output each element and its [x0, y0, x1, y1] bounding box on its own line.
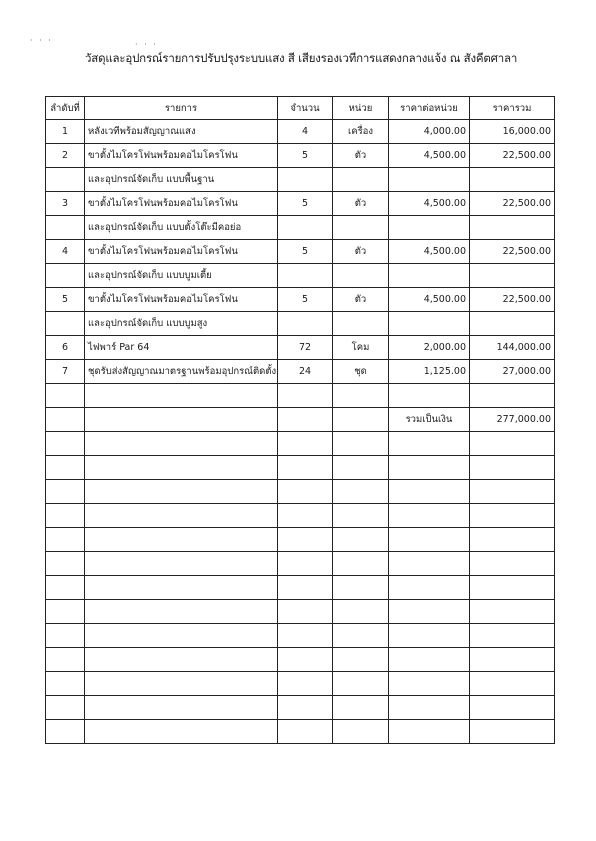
row-number: 6 — [46, 336, 85, 360]
header-no: ลำดับที่ — [46, 97, 85, 120]
row-total — [470, 528, 555, 552]
row-number — [46, 552, 85, 576]
table-row-empty — [46, 648, 555, 672]
row-item — [85, 720, 278, 744]
row-total: 22,500.00 — [470, 144, 555, 168]
row-total — [470, 216, 555, 240]
table-row-empty — [46, 480, 555, 504]
row-unit: ตัว — [333, 144, 389, 168]
row-number — [46, 384, 85, 408]
row-number: 7 — [46, 360, 85, 384]
row-item — [85, 480, 278, 504]
row-total — [470, 696, 555, 720]
row-unit — [333, 624, 389, 648]
row-qty — [278, 168, 333, 192]
row-item — [85, 576, 278, 600]
row-unit-price — [389, 432, 470, 456]
table-row: 6ไฟพาร์ Par 6472โคม2,000.00144,000.00 — [46, 336, 555, 360]
table-row: 7ชุดรับส่งสัญญาณมาตรฐานพร้อมอุปกรณ์ติดตั… — [46, 360, 555, 384]
row-number — [46, 528, 85, 552]
row-qty — [278, 720, 333, 744]
row-unit-price — [389, 312, 470, 336]
table-row: และอุปกรณ์จัดเก็บ แบบบูมเตี้ย — [46, 264, 555, 288]
row-unit-price: 4,000.00 — [389, 120, 470, 144]
row-number — [46, 480, 85, 504]
row-unit-price: 4,500.00 — [389, 240, 470, 264]
table-row: 2ขาตั้งไมโครโฟนพร้อมคอไมโครโฟน5ตัว4,500.… — [46, 144, 555, 168]
table-row-empty — [46, 528, 555, 552]
table-row-empty — [46, 432, 555, 456]
table-row-empty — [46, 576, 555, 600]
row-unit-price: 2,000.00 — [389, 336, 470, 360]
table-row-empty — [46, 720, 555, 744]
summary-label: รวมเป็นเงิน — [389, 408, 470, 432]
table-row: 5ขาตั้งไมโครโฟนพร้อมคอไมโครโฟน5ตัว4,500.… — [46, 288, 555, 312]
row-unit — [333, 696, 389, 720]
row-number — [46, 504, 85, 528]
row-unit: โคม — [333, 336, 389, 360]
row-qty: 24 — [278, 360, 333, 384]
row-item — [85, 552, 278, 576]
row-number — [46, 216, 85, 240]
row-qty — [278, 552, 333, 576]
row-qty — [278, 312, 333, 336]
row-total — [470, 624, 555, 648]
row-number — [46, 432, 85, 456]
row-qty: 4 — [278, 120, 333, 144]
row-unit: ชุด — [333, 360, 389, 384]
table-row-empty — [46, 552, 555, 576]
row-total — [470, 480, 555, 504]
row-qty — [278, 696, 333, 720]
document-title: วัสดุและอุปกรณ์รายการปรับปรุงระบบแสง สี … — [85, 50, 517, 68]
row-item: ขาตั้งไมโครโฟนพร้อมคอไมโครโฟน — [85, 144, 278, 168]
row-number — [46, 576, 85, 600]
row-unit-price: 1,125.00 — [389, 360, 470, 384]
table-row: 4ขาตั้งไมโครโฟนพร้อมคอไมโครโฟน5ตัว4,500.… — [46, 240, 555, 264]
row-item: และอุปกรณ์จัดเก็บ แบบบูมเตี้ย — [85, 264, 278, 288]
table-row: และอุปกรณ์จัดเก็บ แบบบูมสูง — [46, 312, 555, 336]
row-number: 1 — [46, 120, 85, 144]
table-row-empty — [46, 456, 555, 480]
table-header-row: ลำดับที่ รายการ จำนวน หน่วย ราคาต่อหน่วย… — [46, 97, 555, 120]
row-unit-price — [389, 672, 470, 696]
row-unit-price — [389, 624, 470, 648]
row-item — [85, 696, 278, 720]
row-item: ชุดรับส่งสัญญาณมาตรฐานพร้อมอุปกรณ์ติดตั้… — [85, 360, 278, 384]
header-item: รายการ — [85, 97, 278, 120]
table-row: 3ขาตั้งไมโครโฟนพร้อมคอไมโครโฟน5ตัว4,500.… — [46, 192, 555, 216]
row-qty — [278, 384, 333, 408]
row-unit — [333, 456, 389, 480]
row-number — [46, 696, 85, 720]
table-row-empty — [46, 624, 555, 648]
row-unit — [333, 384, 389, 408]
row-total — [470, 432, 555, 456]
row-item: ขาตั้งไมโครโฟนพร้อมคอไมโครโฟน — [85, 288, 278, 312]
row-item: ไฟพาร์ Par 64 — [85, 336, 278, 360]
row-total — [470, 384, 555, 408]
row-total — [470, 672, 555, 696]
row-unit: ตัว — [333, 240, 389, 264]
header-unit-price: ราคาต่อหน่วย — [389, 97, 470, 120]
row-item: และอุปกรณ์จัดเก็บ แบบตั้งโต๊ะมีคอย่อ — [85, 216, 278, 240]
row-total — [470, 720, 555, 744]
row-qty — [278, 600, 333, 624]
row-qty — [278, 432, 333, 456]
row-total — [470, 312, 555, 336]
row-number — [46, 408, 85, 432]
row-item: ขาตั้งไมโครโฟนพร้อมคอไมโครโฟน — [85, 240, 278, 264]
row-unit — [333, 552, 389, 576]
row-unit-price — [389, 528, 470, 552]
header-total: ราคารวม — [470, 97, 555, 120]
row-qty: 5 — [278, 144, 333, 168]
row-number — [46, 648, 85, 672]
row-unit-price — [389, 552, 470, 576]
row-number: 5 — [46, 288, 85, 312]
row-unit-price — [389, 504, 470, 528]
row-unit-price — [389, 456, 470, 480]
row-item — [85, 456, 278, 480]
row-unit — [333, 672, 389, 696]
row-unit-price — [389, 480, 470, 504]
row-unit — [333, 216, 389, 240]
row-qty — [278, 264, 333, 288]
scan-noise: · · · — [135, 40, 158, 49]
row-total: 22,500.00 — [470, 288, 555, 312]
row-number — [46, 168, 85, 192]
row-unit — [333, 576, 389, 600]
row-item — [85, 624, 278, 648]
row-total — [470, 168, 555, 192]
row-number — [46, 456, 85, 480]
row-number: 3 — [46, 192, 85, 216]
table-row-empty — [46, 600, 555, 624]
row-unit-price — [389, 216, 470, 240]
row-number — [46, 312, 85, 336]
row-total — [470, 600, 555, 624]
row-qty — [278, 408, 333, 432]
row-qty — [278, 648, 333, 672]
row-item — [85, 648, 278, 672]
row-item: และอุปกรณ์จัดเก็บ แบบพื้นฐาน — [85, 168, 278, 192]
row-total — [470, 576, 555, 600]
row-number: 4 — [46, 240, 85, 264]
table-body: 1หลังเวทีพร้อมสัญญาณแสง4เครื่อง4,000.001… — [46, 120, 555, 744]
row-qty — [278, 672, 333, 696]
scan-noise: · · · — [30, 36, 53, 45]
row-total: 22,500.00 — [470, 240, 555, 264]
row-item — [85, 408, 278, 432]
row-total — [470, 456, 555, 480]
row-number — [46, 624, 85, 648]
row-qty — [278, 576, 333, 600]
row-unit-price — [389, 600, 470, 624]
items-table: ลำดับที่ รายการ จำนวน หน่วย ราคาต่อหน่วย… — [45, 96, 555, 744]
table-row-empty — [46, 672, 555, 696]
row-total: 22,500.00 — [470, 192, 555, 216]
table-row-empty — [46, 696, 555, 720]
row-item — [85, 600, 278, 624]
table-row-empty — [46, 384, 555, 408]
row-qty: 5 — [278, 192, 333, 216]
table-row: และอุปกรณ์จัดเก็บ แบบตั้งโต๊ะมีคอย่อ — [46, 216, 555, 240]
row-unit — [333, 312, 389, 336]
row-qty — [278, 456, 333, 480]
table-row: 1หลังเวทีพร้อมสัญญาณแสง4เครื่อง4,000.001… — [46, 120, 555, 144]
row-total: 144,000.00 — [470, 336, 555, 360]
row-unit — [333, 504, 389, 528]
row-item: ขาตั้งไมโครโฟนพร้อมคอไมโครโฟน — [85, 192, 278, 216]
row-unit — [333, 168, 389, 192]
row-unit — [333, 648, 389, 672]
row-total: 16,000.00 — [470, 120, 555, 144]
row-item: และอุปกรณ์จัดเก็บ แบบบูมสูง — [85, 312, 278, 336]
row-unit-price: 4,500.00 — [389, 192, 470, 216]
row-total — [470, 552, 555, 576]
row-unit-price — [389, 696, 470, 720]
row-unit — [333, 720, 389, 744]
row-unit: เครื่อง — [333, 120, 389, 144]
row-total — [470, 264, 555, 288]
row-number — [46, 720, 85, 744]
summary-total: 277,000.00 — [470, 408, 555, 432]
row-total: 27,000.00 — [470, 360, 555, 384]
row-qty — [278, 624, 333, 648]
row-item — [85, 528, 278, 552]
row-unit: ตัว — [333, 192, 389, 216]
summary-row: รวมเป็นเงิน277,000.00 — [46, 408, 555, 432]
row-qty: 5 — [278, 288, 333, 312]
row-total — [470, 504, 555, 528]
row-unit — [333, 528, 389, 552]
row-unit: ตัว — [333, 288, 389, 312]
row-item — [85, 384, 278, 408]
row-qty — [278, 504, 333, 528]
row-unit — [333, 600, 389, 624]
table-row-empty — [46, 504, 555, 528]
row-qty — [278, 480, 333, 504]
row-unit-price — [389, 576, 470, 600]
row-qty: 5 — [278, 240, 333, 264]
row-unit-price: 4,500.00 — [389, 144, 470, 168]
row-unit — [333, 408, 389, 432]
row-total — [470, 648, 555, 672]
header-unit: หน่วย — [333, 97, 389, 120]
row-number — [46, 264, 85, 288]
row-unit-price — [389, 720, 470, 744]
row-unit-price — [389, 264, 470, 288]
row-qty — [278, 528, 333, 552]
row-qty — [278, 216, 333, 240]
row-unit-price — [389, 648, 470, 672]
row-unit — [333, 432, 389, 456]
row-unit — [333, 264, 389, 288]
row-item — [85, 504, 278, 528]
row-unit-price: 4,500.00 — [389, 288, 470, 312]
row-unit-price — [389, 168, 470, 192]
row-qty: 72 — [278, 336, 333, 360]
header-qty: จำนวน — [278, 97, 333, 120]
row-number — [46, 600, 85, 624]
table-row: และอุปกรณ์จัดเก็บ แบบพื้นฐาน — [46, 168, 555, 192]
row-item: หลังเวทีพร้อมสัญญาณแสง — [85, 120, 278, 144]
row-number — [46, 672, 85, 696]
row-item — [85, 432, 278, 456]
row-unit-price — [389, 384, 470, 408]
row-number: 2 — [46, 144, 85, 168]
row-unit — [333, 480, 389, 504]
row-item — [85, 672, 278, 696]
